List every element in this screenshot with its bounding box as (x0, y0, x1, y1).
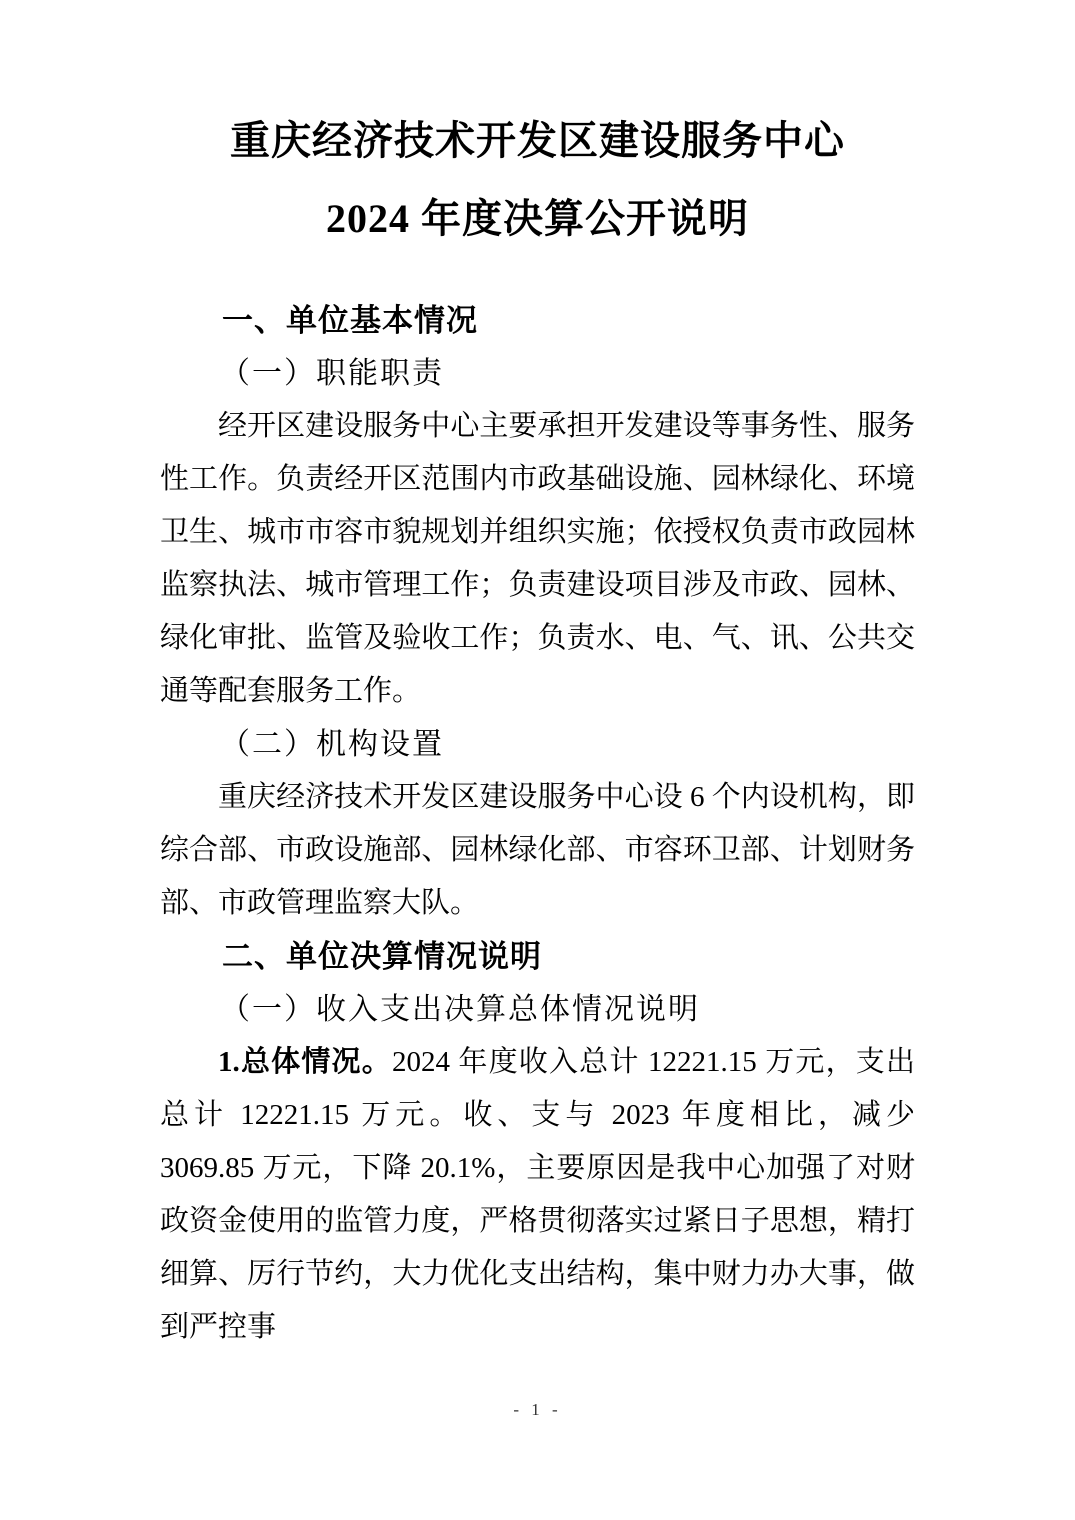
paragraph-org-structure: 重庆经济技术开发区建设服务中心设 6 个内设机构，即综合部、市政设施部、园林绿化… (160, 771, 915, 930)
paragraph-overall-budget-lead: 1.总体情况。 (218, 1046, 392, 1078)
paragraph-duties: 经开区建设服务中心主要承担开发建设等事务性、服务性工作。负责经开区范围内市政基础… (160, 400, 915, 718)
section-1-heading: 一、单位基本情况 (160, 294, 915, 347)
subsection-1-1-heading: （一）职能职责 (160, 347, 915, 400)
section-2-heading: 二、单位决算情况说明 (160, 930, 915, 983)
document-title: 重庆经济技术开发区建设服务中心 (40, 118, 1035, 164)
subsection-2-1-heading: （一）收入支出决算总体情况说明 (160, 983, 915, 1036)
paragraph-overall-budget-text: 2024 年度收入总计 12221.15 万元，支出总计 12221.15 万元… (160, 1046, 915, 1343)
document-subtitle: 2024 年度决算公开说明 (40, 196, 1035, 242)
paragraph-overall-budget: 1.总体情况。2024 年度收入总计 12221.15 万元，支出总计 1222… (160, 1036, 915, 1354)
document-page: 重庆经济技术开发区建设服务中心 2024 年度决算公开说明 一、单位基本情况 （… (0, 0, 1075, 1520)
subsection-1-2-heading: （二）机构设置 (160, 718, 915, 771)
document-body: 一、单位基本情况 （一）职能职责 经开区建设服务中心主要承担开发建设等事务性、服… (160, 294, 915, 1354)
page-number: - 1 - (0, 1400, 1075, 1420)
